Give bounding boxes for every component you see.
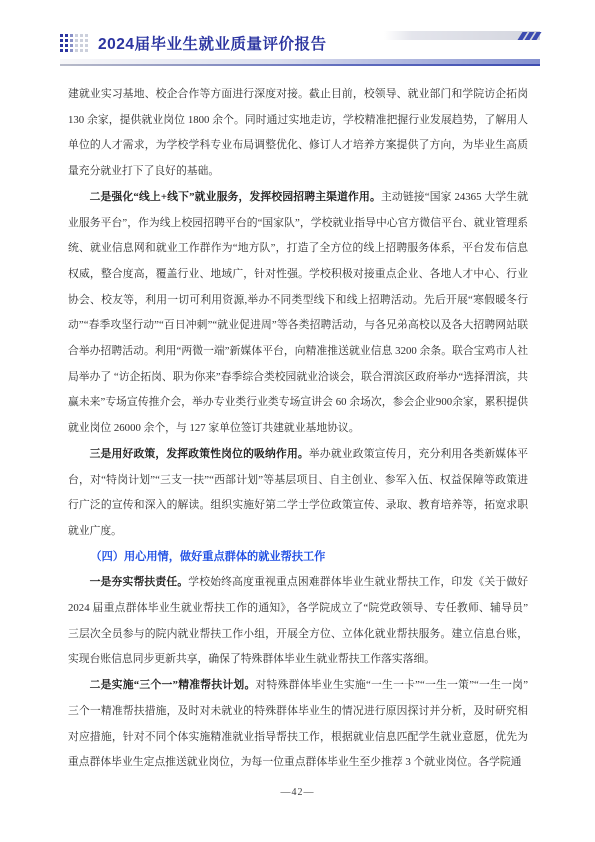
- header-decorative-bar: [384, 31, 540, 40]
- paragraph-support-responsibility: 一是夯实帮扶责任。学校始终高度重视重点困难群体毕业生就业帮扶工作，印发《关于做好…: [68, 570, 528, 673]
- report-title: 2024届毕业生就业质量评价报告: [98, 32, 326, 54]
- report-page: 2024届毕业生就业质量评价报告 建就业实习基地、校企合作等方面进行深度对接。截…: [0, 0, 595, 842]
- paragraph-policy-positions: 三是用好政策，发挥政策性岗位的吸纳作用。举办就业政策宣传月，充分利用各类新媒体平…: [68, 442, 528, 545]
- paragraph-text: 举办就业政策宣传月，充分利用各类新媒体平台，对“特岗计划”“三支一扶”“西部计划…: [68, 448, 528, 537]
- paragraph-lead: 三是用好政策，发挥政策性岗位的吸纳作用。: [90, 448, 309, 460]
- paragraph-text: 对特殊群体毕业生实施“一生一卡”“一生一策”“一生一岗”三个一精准帮扶措施，及时…: [68, 679, 528, 768]
- document-body: 建就业实习基地、校企合作等方面进行深度对接。截止目前，校领导、就业部门和学院访企…: [68, 82, 528, 776]
- paragraph-lead: 二是实施“三个一”精准帮扶计划。: [90, 679, 256, 691]
- page-header: 2024届毕业生就业质量评价报告: [60, 30, 540, 66]
- triple-slash-icon: [520, 31, 539, 40]
- header-row: 2024届毕业生就业质量评价报告: [60, 30, 540, 56]
- page-footer: —42—: [0, 787, 595, 798]
- paragraph-online-offline-service: 二是强化“线上+线下”就业服务，发挥校园招聘主渠道作用。主动链接“国家 2436…: [68, 185, 528, 442]
- paragraph-text: 学校始终高度重视重点困难群体毕业生就业帮扶工作，印发《关于做好2024 届重点群…: [68, 576, 528, 665]
- paragraph-base-building: 建就业实习基地、校企合作等方面进行深度对接。截止目前，校领导、就业部门和学院访企…: [68, 82, 528, 185]
- paragraph-three-one-plan: 二是实施“三个一”精准帮扶计划。对特殊群体毕业生实施“一生一卡”“一生一策”“一…: [68, 673, 528, 776]
- paragraph-lead: 一是夯实帮扶责任。: [90, 576, 189, 588]
- header-underline: [60, 59, 540, 66]
- section-heading-4: （四）用心用情，做好重点群体的就业帮扶工作: [68, 545, 528, 571]
- page-number: —42—: [281, 787, 315, 798]
- dot-grid-icon: [60, 34, 88, 52]
- paragraph-text: 主动链接“国家 24365 大学生就业服务平台”，作为线上校园招聘平台的“国家队…: [68, 191, 528, 434]
- paragraph-text: 建就业实习基地、校企合作等方面进行深度对接。截止目前，校领导、就业部门和学院访企…: [68, 88, 528, 177]
- paragraph-lead: 二是强化“线上+线下”就业服务，发挥校园招聘主渠道作用。: [90, 191, 381, 203]
